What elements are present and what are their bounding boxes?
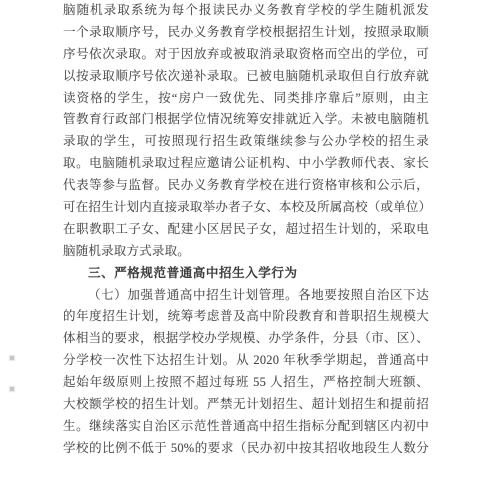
document-line: 录取的学生，可按照现行招生政策继续参与公办学校的招生录 <box>63 131 429 153</box>
document-line: 取。电脑随机录取过程应邀请公证机构、中小学教师代表、家长 <box>63 153 429 175</box>
document-line: 管教育行政部门根据学位情况统筹安排就近入学。未被电脑随机 <box>63 109 429 131</box>
document-line: 可在招生计划内直接录取举办者子女、本校及所属高校（或单位） <box>63 197 429 219</box>
document-line: 大校额学校的招生计划。严禁无计划招生、超计划招生和提前招 <box>63 394 429 416</box>
document-line: （七）加强普通高中招生计划管理。各地要按照自治区下达 <box>63 285 429 307</box>
document-line: 代表等参与监督。民办义务教育学校在进行资格审核和公示后， <box>63 175 429 197</box>
document-line: 学校的比例不低于 50%的要求（民办初中按其招收地段生人数分 <box>63 438 429 460</box>
document-line: 生。继续落实自治区示范性普通高中招生指标分配到辖区内初中 <box>63 416 429 438</box>
document-line: 的年度招生计划，统筹考虑普及高中阶段教育和普职招生规模大 <box>63 306 429 328</box>
scan-speck <box>10 387 14 391</box>
document-line: 分学校一次性下达招生计划。从 2020 年秋季学期起，普通高中 <box>63 350 429 372</box>
document-line: 脑随机录取系统为每个报读民办义务教育学校的学生随机派发 <box>63 0 429 22</box>
document-line: 体相当的要求，根据学校办学规模、办学条件，分县（市、区）、 <box>63 328 429 350</box>
document-line: 在职教职工子女、配建小区居民子女，超过招生计划的，采取电 <box>63 219 429 241</box>
scan-speck <box>10 356 14 360</box>
document-line: 以按录取顺序号依次递补录取。已被电脑随机录取但自行放弃就 <box>63 66 429 88</box>
document-line: 一个录取顺序号，民办义务教育学校根据招生计划，按照录取顺 <box>63 22 429 44</box>
document-line: 序号依次录取。对于因放弃或被取消录取资格而空出的学位，可 <box>63 44 429 66</box>
document-page: 脑随机录取系统为每个报读民办义务教育学校的学生随机派发 一个录取顺序号，民办义务… <box>0 0 480 480</box>
document-text-block: 脑随机录取系统为每个报读民办义务教育学校的学生随机派发 一个录取顺序号，民办义务… <box>63 0 429 460</box>
section-heading: 三、严格规范普通高中招生入学行为 <box>63 263 429 285</box>
document-line: 脑随机录取方式录取。 <box>63 241 429 263</box>
document-line: 起始年级原则上按照不超过每班 55 人招生，严格控制大班额、 <box>63 372 429 394</box>
document-line: 读资格的学生，按“房户一致优先、同类排序靠后”原则，由主 <box>63 88 429 110</box>
